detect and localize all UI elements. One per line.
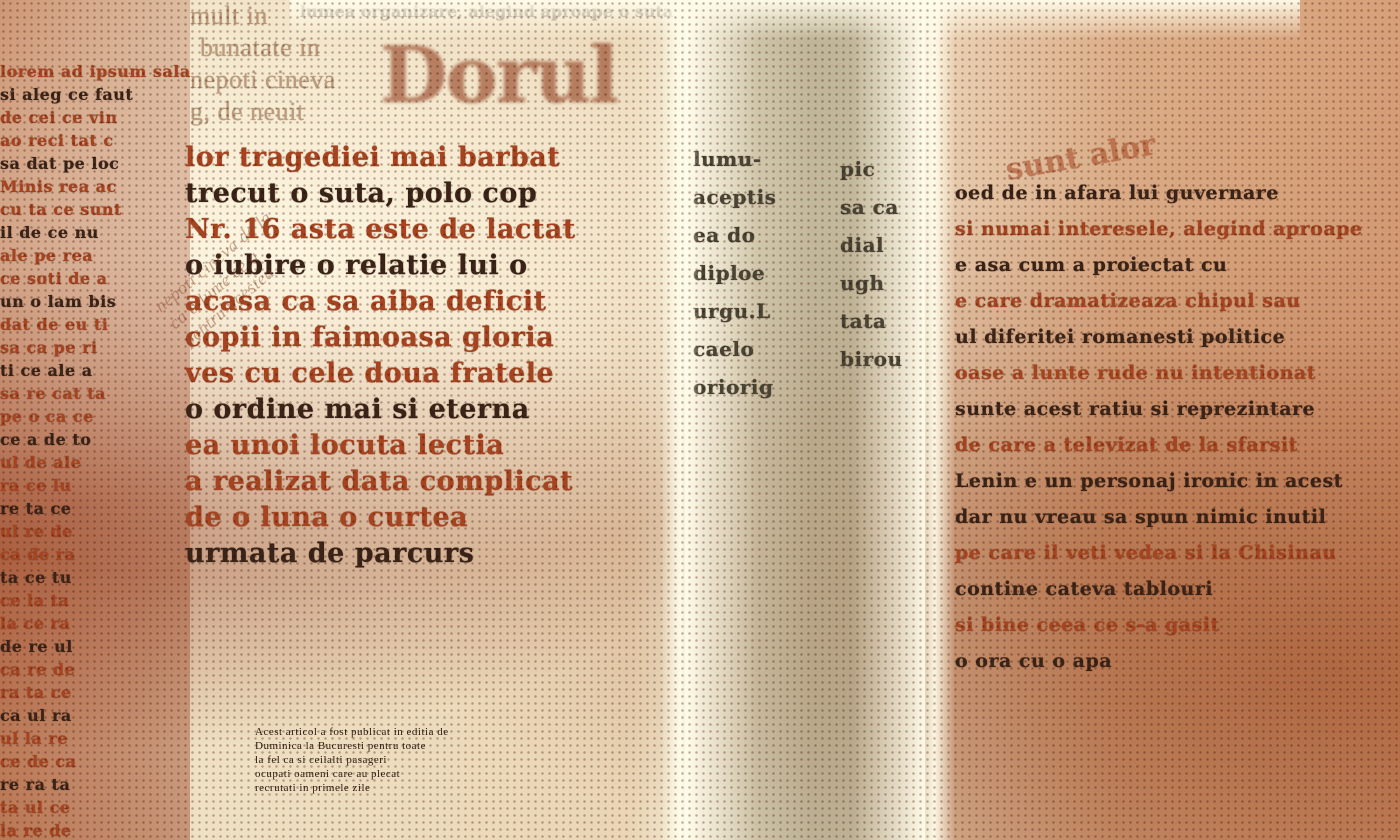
right-column-text: oed de in afara lui guvernare si numai i…: [955, 175, 1363, 679]
main-line: lor tragediei mai barbat: [185, 140, 576, 176]
right-line: e care dramatizeaza chipul sau: [955, 283, 1363, 319]
grey-line: birou: [840, 340, 903, 378]
right-line: oase a lunte rude nu intentionat: [955, 355, 1363, 391]
small-print-block: Acest articol a fost publicat in editia …: [255, 725, 655, 795]
grey-line: lumu-: [693, 140, 776, 178]
grey-line: oriorig: [693, 368, 776, 406]
main-line: trecut o suta, polo cop: [185, 176, 576, 212]
grey-line: dial: [840, 226, 903, 264]
grey-line: tata: [840, 302, 903, 340]
grey-column-left: lumu- aceptis ea do diploe urgu.L caelo …: [693, 140, 776, 406]
left-clipping-text: lorem ad ipsum sala si aleg ce faut de c…: [0, 60, 190, 840]
newspaper-collage: lorem ad ipsum sala si aleg ce faut de c…: [0, 0, 1400, 840]
left-clipping: lorem ad ipsum sala si aleg ce faut de c…: [0, 0, 190, 840]
right-line: Lenin e un personaj ironic in acest: [955, 463, 1363, 499]
main-line: a realizat data complicat: [185, 464, 576, 500]
grey-line: pic: [840, 150, 903, 188]
grey-clipping: lumu- aceptis ea do diploe urgu.L caelo …: [685, 0, 925, 840]
right-line: ul diferitei romanesti politice: [955, 319, 1363, 355]
main-line: copii in faimoasa gloria: [185, 320, 576, 356]
grey-column-right: pic sa ca dial ugh tata birou: [840, 150, 903, 378]
right-line: e asa cum a proiectat cu: [955, 247, 1363, 283]
main-line: ves cu cele doua fratele: [185, 356, 576, 392]
light-leak-column: [660, 0, 700, 840]
main-line: urmata de parcurs: [185, 536, 576, 572]
grey-line: sa ca: [840, 188, 903, 226]
fragment-line: nepoti cineva: [190, 64, 336, 96]
small-print-line: ocupati oameni care au plecat: [255, 767, 655, 781]
grey-line: ea do: [693, 216, 776, 254]
right-line: de care a televizat de la sfarsit: [955, 427, 1363, 463]
light-leak-top: [290, 0, 1300, 40]
right-line: o ora cu o apa: [955, 643, 1363, 679]
faded-headline: Dorul: [380, 30, 617, 121]
light-leak-column-right: [915, 0, 955, 840]
main-line: o ordine mai si eterna: [185, 392, 576, 428]
fragment-line: g, de neuit: [190, 96, 336, 128]
small-print-line: Duminica la Bucuresti pentru toate: [255, 739, 655, 753]
main-line: de o luna o curtea: [185, 500, 576, 536]
main-column-text: lor tragediei mai barbat trecut o suta, …: [185, 140, 576, 572]
right-line: dar nu vreau sa spun nimic inutil: [955, 499, 1363, 535]
grey-line: aceptis: [693, 178, 776, 216]
grey-line: diploe: [693, 254, 776, 292]
right-line: si numai interesele, alegind aproape: [955, 211, 1363, 247]
right-line: pe care il veti vedea si la Chisinau: [955, 535, 1363, 571]
right-line: si bine ceea ce s-a gasit: [955, 607, 1363, 643]
right-line: contine cateva tablouri: [955, 571, 1363, 607]
grey-line: caelo: [693, 330, 776, 368]
grey-line: ugh: [840, 264, 903, 302]
small-print-line: la fel ca si ceilalti pasageri: [255, 753, 655, 767]
small-print-line: recrutati in primele zile: [255, 781, 655, 795]
small-print-line: Acest articol a fost publicat in editia …: [255, 725, 655, 739]
right-line: oed de in afara lui guvernare: [955, 175, 1363, 211]
right-clipping: sunt alor oed de in afara lui guvernare …: [935, 0, 1400, 840]
grey-line: urgu.L: [693, 292, 776, 330]
right-line: sunte acest ratiu si reprezintare: [955, 391, 1363, 427]
main-clipping: mult in bunatate in nepoti cineva g, de …: [180, 0, 680, 840]
main-line: ea unoi locuta lectia: [185, 428, 576, 464]
